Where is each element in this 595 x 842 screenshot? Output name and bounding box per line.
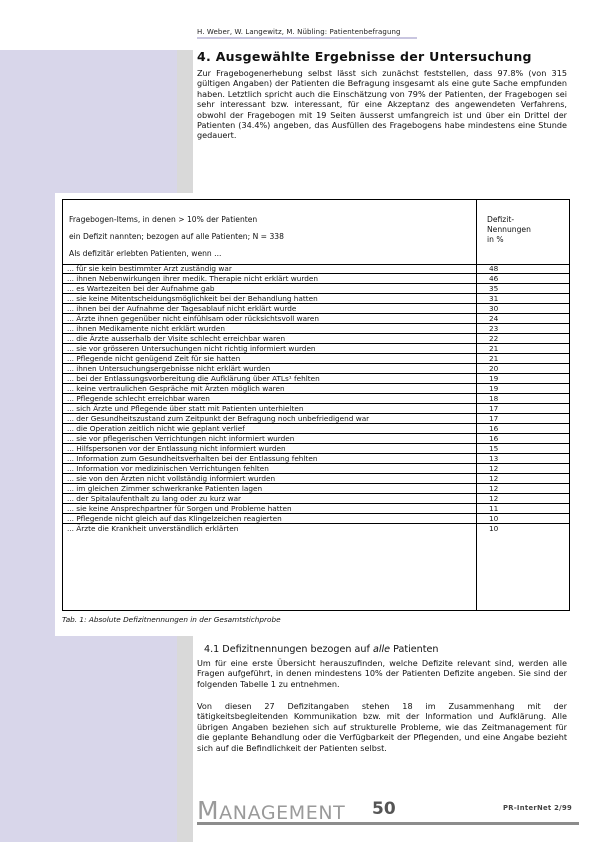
row-value: 35	[489, 284, 498, 294]
row-value: 13	[489, 454, 498, 464]
table-row: ... die Ärzte ausserhalb der Visite schl…	[63, 334, 569, 344]
table-row: ... sie keine Mitentscheidungsmöglichkei…	[63, 294, 569, 304]
row-item: ... die Operation zeitlich nicht wie gep…	[67, 424, 245, 434]
table-row: ... Pflegende nicht gleich auf das Kling…	[63, 514, 569, 524]
footer-rule	[197, 822, 579, 825]
table-body: ... für sie kein bestimmter Arzt zuständ…	[63, 264, 569, 533]
row-item: ... Ärzte ihnen gegenüber nicht einfühls…	[67, 314, 319, 324]
row-item: ... sie von den Ärzten nicht vollständig…	[67, 474, 275, 484]
subsection-title-suffix: Patienten	[390, 644, 438, 655]
table-row: ... Hilfspersonen vor der Entlassung nic…	[63, 444, 569, 454]
table-row: ... ihnen Untersuchungsergebnisse nicht …	[63, 364, 569, 374]
table-row: ... für sie kein bestimmter Arzt zuständ…	[63, 264, 569, 274]
table-row: ... Ärzte ihnen gegenüber nicht einfühls…	[63, 314, 569, 324]
row-value: 16	[489, 434, 498, 444]
row-item: ... Information zum Gesundheitsverhalten…	[67, 454, 317, 464]
table-row: ... die Operation zeitlich nicht wie gep…	[63, 424, 569, 434]
table-row: ... Pflegende nicht genügend Zeit für si…	[63, 354, 569, 364]
header-value-column: Defizit- Nennungen in %	[487, 215, 531, 245]
row-item: ... sie vor pflegerischen Verrichtungen …	[67, 434, 294, 444]
subsection-title-prefix: 4.1 Defizitnennungen bezogen auf	[204, 644, 373, 655]
row-value: 12	[489, 494, 498, 504]
row-item: ... Pflegende schlecht erreichbar waren	[67, 394, 210, 404]
row-item: ... sie vor grösseren Untersuchungen nic…	[67, 344, 316, 354]
row-value: 10	[489, 514, 498, 524]
row-item: ... der Spitalaufenthalt zu lang oder zu…	[67, 494, 241, 504]
header-line-2: ein Defizit nannten; bezogen auf alle Pa…	[69, 232, 284, 241]
row-item: ... die Ärzte ausserhalb der Visite schl…	[67, 334, 285, 344]
row-value: 10	[489, 524, 498, 534]
page-number: 50	[372, 799, 396, 819]
row-item: ... sie keine Mitentscheidungsmöglichkei…	[67, 294, 318, 304]
header-line-1: Fragebogen-Items, in denen > 10% der Pat…	[69, 215, 257, 224]
subsection-paragraph-1: Um für eine erste Übersicht herauszufind…	[197, 658, 567, 689]
running-head: H. Weber, W. Langewitz, M. Nübling: Pati…	[197, 28, 417, 39]
row-item: ... bei der Entlassungsvorbereitung die …	[67, 374, 320, 384]
table-row: ... ihnen Medikamente nicht erklärt wurd…	[63, 324, 569, 334]
row-item: ... sie keine Ansprechpartner für Sorgen…	[67, 504, 292, 514]
row-value: 21	[489, 354, 498, 364]
footer-initial: M	[197, 796, 219, 825]
row-value: 17	[489, 404, 498, 414]
row-value: 17	[489, 414, 498, 424]
footer-section-word: MANAGEMENT	[197, 796, 345, 825]
footer-word-rest: ANAGEMENT	[219, 802, 345, 824]
table-row: ... bei der Entlassungsvorbereitung die …	[63, 374, 569, 384]
table-row: ... sich Ärzte und Pflegende über statt …	[63, 404, 569, 414]
table-row: ... Information vor medizinischen Verric…	[63, 464, 569, 474]
table-row: ... der Spitalaufenthalt zu lang oder zu…	[63, 494, 569, 504]
table-row: ... sie von den Ärzten nicht vollständig…	[63, 474, 569, 484]
row-item: ... es Wartezeiten bei der Aufnahme gab	[67, 284, 215, 294]
table-row: ... es Wartezeiten bei der Aufnahme gab3…	[63, 284, 569, 294]
row-value: 16	[489, 424, 498, 434]
row-item: ... ihnen Nebenwirkungen ihrer medik. Th…	[67, 274, 318, 284]
intro-paragraph: Zur Fragebogenerhebung selbst lässt sich…	[197, 68, 567, 141]
row-item: ... sich Ärzte und Pflegende über statt …	[67, 404, 303, 414]
table-row: ... sie vor pflegerischen Verrichtungen …	[63, 434, 569, 444]
subsection-title-emphasis: alle	[373, 644, 390, 655]
row-item: ... Pflegende nicht gleich auf das Kling…	[67, 514, 282, 524]
row-value: 12	[489, 484, 498, 494]
subsection-title: 4.1 Defizitnennungen bezogen auf alle Pa…	[204, 644, 439, 655]
row-value: 46	[489, 274, 498, 284]
row-item: ... Ärzte die Krankheit unverständlich e…	[67, 524, 238, 534]
header-value-line-3: in %	[487, 235, 531, 245]
row-item: ... keine vertraulichen Gespräche mit Är…	[67, 384, 285, 394]
row-value: 30	[489, 304, 498, 314]
row-value: 12	[489, 474, 498, 484]
row-item: ... Information vor medizinischen Verric…	[67, 464, 269, 474]
row-value: 21	[489, 344, 498, 354]
row-value: 18	[489, 394, 498, 404]
row-item: ... Pflegende nicht genügend Zeit für si…	[67, 354, 240, 364]
table-row: ... der Gesundheitszustand zum Zeitpunkt…	[63, 414, 569, 424]
row-item: ... ihnen bei der Aufnahme der Tagesabla…	[67, 304, 296, 314]
table-row: ... Ärzte die Krankheit unverständlich e…	[63, 524, 569, 533]
row-value: 20	[489, 364, 498, 374]
magazine-issue: PR-InterNet 2/99	[503, 804, 572, 812]
row-value: 31	[489, 294, 498, 304]
row-value: 15	[489, 444, 498, 454]
header-value-line-1: Defizit-	[487, 215, 531, 225]
table-header: Fragebogen-Items, in denen > 10% der Pat…	[63, 200, 569, 265]
row-value: 22	[489, 334, 498, 344]
row-value: 48	[489, 264, 498, 274]
row-value: 12	[489, 464, 498, 474]
row-item: ... ihnen Medikamente nicht erklärt wurd…	[67, 324, 225, 334]
row-value: 23	[489, 324, 498, 334]
section-title: 4. Ausgewählte Ergebnisse der Untersuchu…	[197, 49, 532, 64]
table-row: ... ihnen Nebenwirkungen ihrer medik. Th…	[63, 274, 569, 284]
deficit-table: Fragebogen-Items, in denen > 10% der Pat…	[62, 199, 570, 611]
row-item: ... im gleichen Zimmer schwerkranke Pati…	[67, 484, 262, 494]
subsection-paragraph-2: Von diesen 27 Defizitangaben stehen 18 i…	[197, 701, 567, 753]
table-row: ... ihnen bei der Aufnahme der Tagesabla…	[63, 304, 569, 314]
row-item: ... für sie kein bestimmter Arzt zuständ…	[67, 264, 232, 274]
row-value: 11	[489, 504, 498, 514]
row-item: ... der Gesundheitszustand zum Zeitpunkt…	[67, 414, 369, 424]
row-item: ... Hilfspersonen vor der Entlassung nic…	[67, 444, 286, 454]
row-value: 19	[489, 374, 498, 384]
table-row: ... sie vor grösseren Untersuchungen nic…	[63, 344, 569, 354]
table-caption: Tab. 1: Absolute Defizitnennungen in der…	[62, 615, 281, 624]
table-row: ... Information zum Gesundheitsverhalten…	[63, 454, 569, 464]
row-item: ... ihnen Untersuchungsergebnisse nicht …	[67, 364, 270, 374]
table-row: ... sie keine Ansprechpartner für Sorgen…	[63, 504, 569, 514]
header-line-3: Als defizitär erlebten Patienten, wenn .…	[69, 249, 221, 258]
row-value: 24	[489, 314, 498, 324]
table-row: ... Pflegende schlecht erreichbar waren1…	[63, 394, 569, 404]
table-row: ... im gleichen Zimmer schwerkranke Pati…	[63, 484, 569, 494]
table-row: ... keine vertraulichen Gespräche mit Är…	[63, 384, 569, 394]
row-value: 19	[489, 384, 498, 394]
header-value-line-2: Nennungen	[487, 225, 531, 235]
